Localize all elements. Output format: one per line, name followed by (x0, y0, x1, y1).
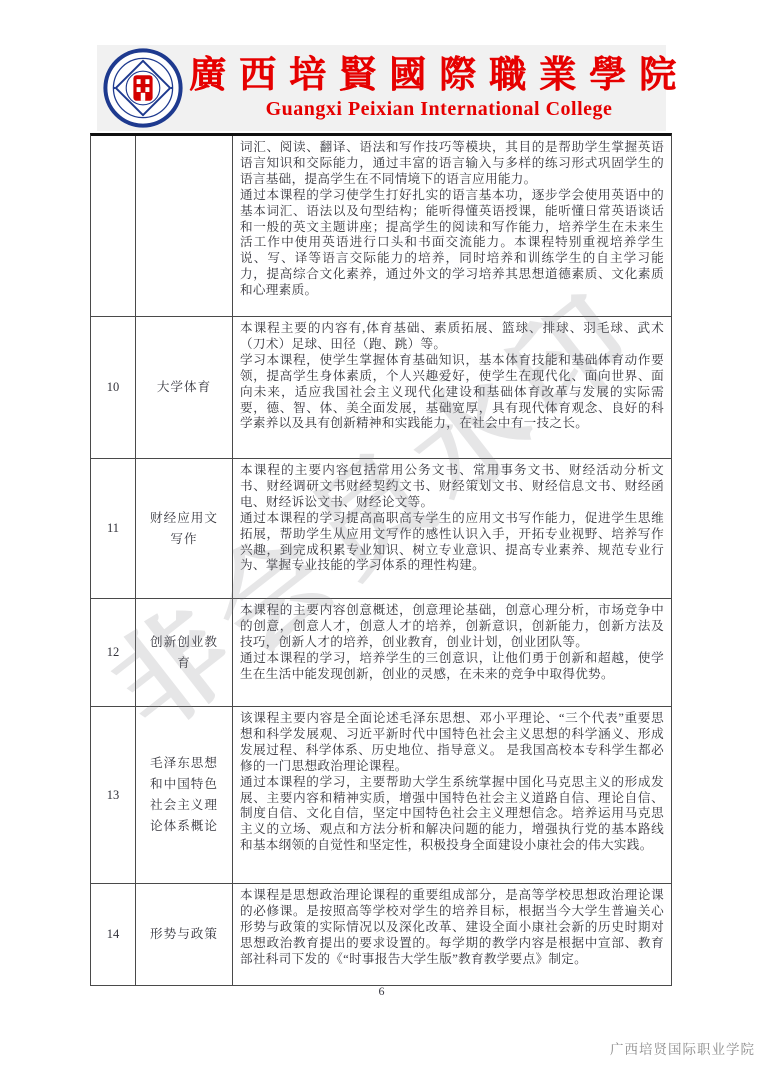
table-row-13: 13 毛泽东思想和中国特色社会主义理论体系概论 该课程主要内容是全面论述毛泽东思… (91, 706, 671, 883)
college-name-chinese: 廣西培賢國際職業學院 (189, 55, 689, 97)
description-paragraph: 通过本课程的学习，培养学生的三创意识，让他们勇于创新和超越，使学生在生活中能发现… (240, 651, 664, 683)
table-row-14: 14 形势与政策 本课程是思想政治理论课程的重要组成部分，是高等学校思想政治理论… (91, 883, 671, 985)
description-paragraph: 本课程的主要内容包括常用公务文书、常用事务文书、财经活动分析文书、财经调研文书财… (240, 463, 664, 511)
description-paragraph: 本课程主要的内容有,体育基础、素质拓展、篮球、排球、羽毛球、武术（刀术）足球、田… (240, 321, 664, 353)
description-paragraph: 通过本课程的学习使学生打好扎实的语言基本功，逐步学会使用英语中的基本词汇、语法以… (240, 188, 664, 299)
description-paragraph: 本课程是思想政治理论课程的重要组成部分，是高等学校思想政治理论课的必修课。是按照… (240, 888, 664, 968)
course-number: 11 (91, 459, 136, 598)
table-row-continued: 词汇、阅读、翻译、语法和写作技巧等模块，其目的是帮助学生掌握英语语言知识和交际能… (91, 136, 671, 316)
page-number: 6 (0, 984, 763, 999)
college-header: 廣西培賢國際職業學院 Guangxi Peixian International… (97, 45, 666, 131)
college-name-english: Guangxi Peixian International College (266, 97, 613, 121)
course-number: 12 (91, 599, 136, 706)
course-description: 本课程的主要内容包括常用公务文书、常用事务文书、财经活动分析文书、财经调研文书财… (233, 459, 671, 598)
course-name (136, 136, 233, 316)
corner-college-name: 广西培贤国际职业学院 (610, 1038, 755, 1058)
course-name: 创新创业教育 (136, 599, 233, 706)
course-name: 大学体育 (136, 317, 233, 458)
course-number: 10 (91, 317, 136, 458)
description-paragraph: 本课程的主要内容创意概述，创意理论基础，创意心理分析，市场竞争中的创意，创意人才… (240, 603, 664, 651)
table-row-12: 12 创新创业教育 本课程的主要内容创意概述，创意理论基础，创意心理分析，市场竞… (91, 598, 671, 706)
course-number: 14 (91, 884, 136, 985)
college-title-block: 廣西培賢國際職業學院 Guangxi Peixian International… (189, 55, 689, 121)
description-paragraph: 通过本课程的学习提高高职高专学生的应用文书写作能力，促进学生思维拓展，帮助学生从… (240, 511, 664, 575)
course-description: 本课程主要的内容有,体育基础、素质拓展、篮球、排球、羽毛球、武术（刀术）足球、田… (233, 317, 671, 458)
course-table: 词汇、阅读、翻译、语法和写作技巧等模块，其目的是帮助学生掌握英语语言知识和交际能… (90, 133, 672, 986)
course-description: 本课程是思想政治理论课程的重要组成部分，是高等学校思想政治理论课的必修课。是按照… (233, 884, 671, 985)
course-description: 词汇、阅读、翻译、语法和写作技巧等模块，其目的是帮助学生掌握英语语言知识和交际能… (233, 136, 671, 316)
college-seal-icon (97, 47, 189, 129)
course-description: 本课程的主要内容创意概述，创意理论基础，创意心理分析，市场竞争中的创意，创意人才… (233, 599, 671, 706)
description-paragraph: 该课程主要内容是全面论述毛泽东思想、邓小平理论、“三个代表”重要思想和科学发展观… (240, 711, 664, 775)
course-name: 形势与政策 (136, 884, 233, 985)
description-paragraph: 学习本课程，使学生掌握体育基础知识，基本体育技能和基础体育动作要领，提高学生身体… (240, 353, 664, 433)
description-paragraph: 词汇、阅读、翻译、语法和写作技巧等模块，其目的是帮助学生掌握英语语言知识和交际能… (240, 140, 664, 188)
course-name: 毛泽东思想和中国特色社会主义理论体系概论 (136, 707, 233, 883)
table-row-11: 11 财经应用文写作 本课程的主要内容包括常用公务文书、常用事务文书、财经活动分… (91, 458, 671, 598)
document-page: 廣西培賢國際職業學院 Guangxi Peixian International… (0, 0, 763, 1080)
description-paragraph: 通过本课程的学习，主要帮助大学生系统掌握中国化马克思主义的形成发展、主要内容和精… (240, 775, 664, 855)
course-name: 财经应用文写作 (136, 459, 233, 598)
course-number: 13 (91, 707, 136, 883)
table-row-10: 10 大学体育 本课程主要的内容有,体育基础、素质拓展、篮球、排球、羽毛球、武术… (91, 316, 671, 458)
course-description: 该课程主要内容是全面论述毛泽东思想、邓小平理论、“三个代表”重要思想和科学发展观… (233, 707, 671, 883)
course-number (91, 136, 136, 316)
